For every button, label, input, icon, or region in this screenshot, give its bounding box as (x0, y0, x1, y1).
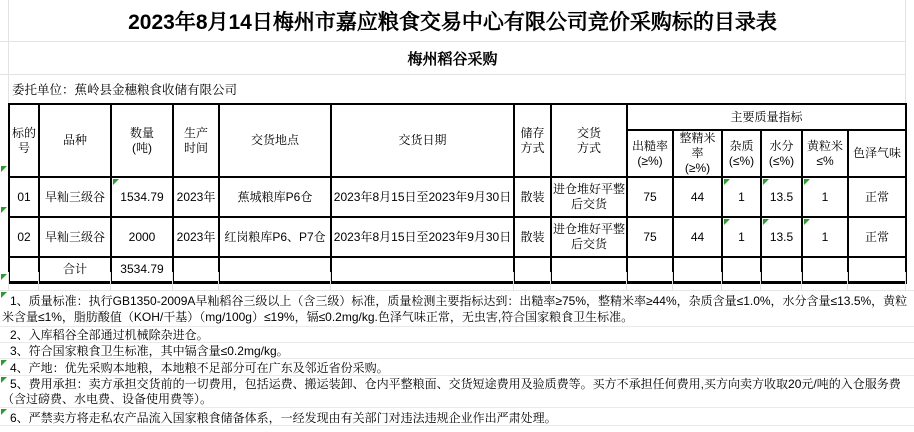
procurement-table: 标的 号 品种 数量 (吨) 生产 时间 交货地点 交货日期 储存 方式 交货 … (8, 103, 907, 284)
comment-marker-icon (1, 166, 7, 172)
gridline (513, 272, 514, 291)
note-cost-bearing: 5、费用承担：卖方承担交货前的一切费用，包括运费、搬运装卸、仓内平整粮面、交货短… (0, 376, 914, 408)
col-header-moisture: 水分 (≤%) (761, 130, 802, 177)
cell-delivery-date: 2023年8月15日至2023年9月30日 (331, 217, 514, 257)
col-header-delivery-date: 交货日期 (331, 104, 514, 177)
cell-lot-no: 01 (9, 177, 39, 217)
page-subtitle: 梅州稻谷采购 (0, 43, 905, 75)
note-hygiene-standard: 3、符合国家粮食卫生标准，其中镉含量≤0.2mg/kg。 (0, 343, 914, 359)
cell-variety: 早籼三级谷 (39, 217, 111, 257)
col-header-color-odor: 色泽气味 (848, 130, 906, 177)
cell-moisture: 13.5 (761, 217, 802, 257)
cell-yellow-grain: 1 (802, 217, 848, 257)
col-header-milled-rice-rate: 整精米率 (≥%) (673, 130, 722, 177)
spreadsheet-document: 2023年8月14日梅州市嘉应粮食交易中心有限公司竞价采购标的目录表 梅州稻谷采… (0, 0, 914, 432)
note-quality-standard: 1、质量标准：执行GB1350-2009A早籼稻谷三级以上（含三级）标准，质量检… (0, 291, 914, 327)
cell-production-time: 2023年 (173, 217, 219, 257)
gridline (218, 272, 219, 291)
gridline (672, 272, 673, 291)
note-smuggling-prohibition: 6、严禁卖方将走私农产品流入国家粮食储备体系，一经发现由有关部门对违法违规企业作… (0, 408, 914, 426)
note-origin: 4、产地：优先采购本地粮，本地粮不足部分可在广东及邻近省份采购。 (0, 359, 914, 376)
gridline (550, 272, 551, 291)
col-header-quality-group: 主要质量指标 (627, 104, 906, 130)
comment-marker-icon (804, 179, 810, 185)
cell-impurity: 1 (722, 217, 761, 257)
cell-delivery-method: 进仓堆好平整后交货 (551, 217, 627, 257)
table-row: 01 早籼三级谷 1534.79 2023年 蕉城粮库P6仓 2023年8月15… (9, 177, 906, 217)
col-header-storage-method: 储存 方式 (514, 104, 551, 177)
cell-impurity-value: 1 (738, 230, 745, 244)
cell-production-time: 2023年 (173, 177, 219, 217)
comment-marker-icon (763, 219, 769, 225)
gridline (110, 272, 111, 291)
col-header-delivery-place: 交货地点 (219, 104, 331, 177)
cell-color-odor: 正常 (848, 217, 906, 257)
cell-delivery-method: 进仓堆好平整后交货 (551, 177, 627, 217)
cell-storage-method: 散装 (514, 217, 551, 257)
cell-quantity: 2000 (111, 217, 173, 257)
cell-impurity-value: 1 (738, 190, 745, 204)
cell-yellow-grain: 1 (802, 177, 848, 217)
cell-impurity: 1 (722, 177, 761, 217)
col-header-quantity: 数量 (吨) (111, 104, 173, 177)
gridline (801, 272, 802, 291)
col-header-variety: 品种 (39, 104, 111, 177)
cell-milled-rice-rate: 44 (673, 217, 722, 257)
note-mechanical-cleaning: 2、入库稻谷全部通过机械除杂进仓。 (0, 327, 914, 343)
cell-milled-rice-rate: 44 (673, 177, 722, 217)
gridline (905, 0, 906, 103)
gridline (626, 272, 627, 291)
page-title: 2023年8月14日梅州市嘉应粮食交易中心有限公司竞价采购标的目录表 (0, 0, 905, 42)
cell-quantity-value: 1534.79 (120, 190, 163, 204)
col-header-yellow-grain: 黄粒米 ≤% (802, 130, 848, 177)
cell-delivery-place: 蕉城粮库P6仓 (219, 177, 331, 217)
cell-husking-rate: 75 (627, 217, 673, 257)
cell-storage-method: 散装 (514, 177, 551, 217)
cell-moisture-value: 13.5 (770, 190, 793, 204)
comment-marker-icon (724, 179, 730, 185)
col-header-lot-no: 标的 号 (9, 104, 39, 177)
gridline (721, 272, 722, 291)
col-header-impurity: 杂质 (≤%) (722, 130, 761, 177)
gridline (38, 272, 39, 291)
cell-yellow-grain-value: 1 (822, 190, 829, 204)
col-header-production-time: 生产 时间 (173, 104, 219, 177)
table-row: 02 早籼三级谷 2000 2023年 红岗粮库P6、P7仓 2023年8月15… (9, 217, 906, 257)
col-header-husking-rate: 出糙率 (≥%) (627, 130, 673, 177)
cell-moisture: 13.5 (761, 177, 802, 217)
comment-marker-icon (1, 207, 7, 213)
cell-moisture-value: 13.5 (770, 230, 793, 244)
col-header-delivery-method: 交货 方式 (551, 104, 627, 177)
cell-quantity: 1534.79 (111, 177, 173, 217)
gridline (760, 272, 761, 291)
empty-sheet-row (0, 272, 914, 291)
comment-marker-icon (724, 219, 730, 225)
comment-marker-icon (804, 219, 810, 225)
comment-marker-icon (763, 179, 769, 185)
comment-marker-icon (113, 179, 119, 185)
cell-delivery-place: 红岗粮库P6、P7仓 (219, 217, 331, 257)
cell-lot-no: 02 (9, 217, 39, 257)
gridline (330, 272, 331, 291)
gridline (905, 272, 906, 291)
cell-yellow-grain-value: 1 (822, 230, 829, 244)
gridline (172, 272, 173, 291)
cell-variety: 早籼三级谷 (39, 177, 111, 217)
gridline (847, 272, 848, 291)
cell-delivery-date: 2023年8月15日至2023年9月30日 (331, 177, 514, 217)
cell-color-odor: 正常 (848, 177, 906, 217)
gridline (8, 272, 9, 291)
cell-husking-rate: 75 (627, 177, 673, 217)
client-label: 委托单位：蕉岭县金穗粮食收储有限公司 (12, 76, 892, 102)
notes-section: 1、质量标准：执行GB1350-2009A早籼稻谷三级以上（含三级）标准，质量检… (0, 272, 914, 426)
